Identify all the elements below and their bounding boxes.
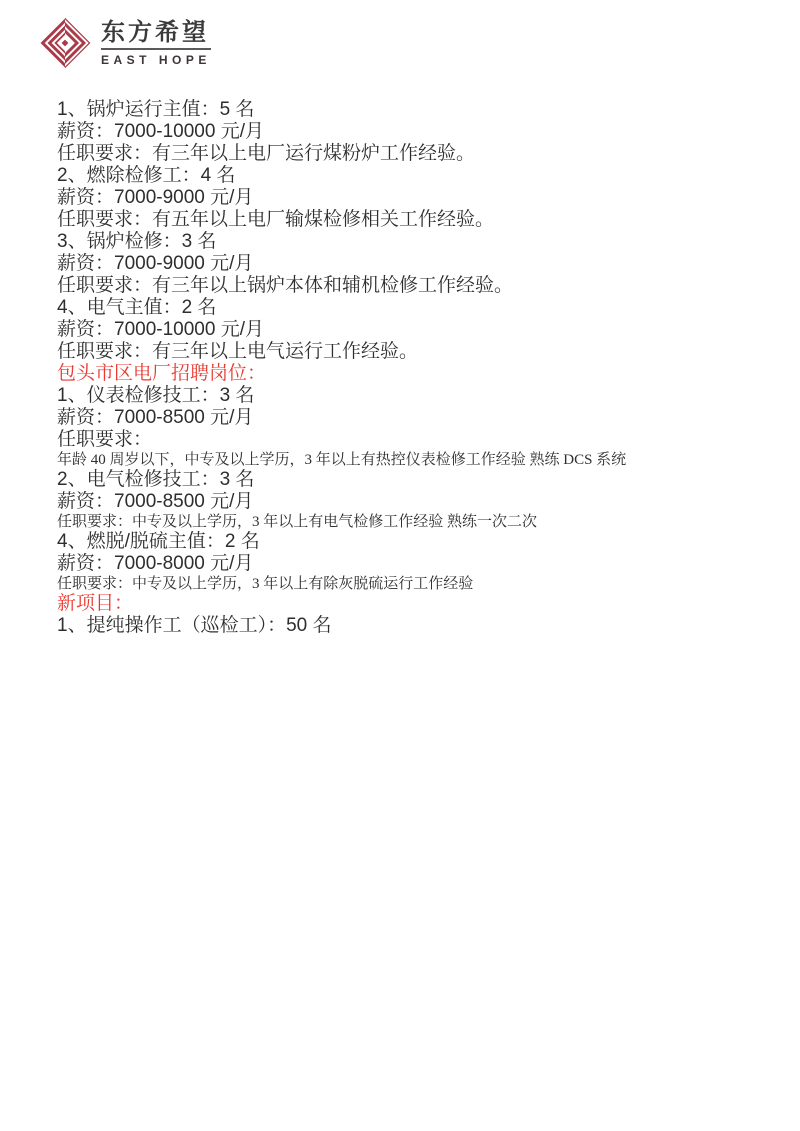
salary-line: 薪资：7000-10000 元/月 (57, 121, 757, 143)
logo-name-cn: 东方希望 (101, 20, 211, 50)
salary-line: 薪资：7000-9000 元/月 (57, 187, 757, 209)
job-title-line: 4、燃脱/脱硫主值：2 名 (57, 531, 757, 553)
requirement-line: 任职要求：有三年以上锅炉本体和辅机检修工作经验。 (57, 275, 757, 297)
requirement-detail-line: 任职要求：中专及以上学历，3 年以上有电气检修工作经验 熟练一次二次 (57, 513, 757, 531)
requirement-detail-line: 年龄 40 周岁以下，中专及以上学历，3 年以上有热控仪表检修工作经验 熟练 D… (57, 451, 757, 469)
section-heading-baotou: 包头市区电厂招聘岗位： (57, 363, 757, 385)
requirement-line: 任职要求：有五年以上电厂输煤检修相关工作经验。 (57, 209, 757, 231)
logo-name-en: EAST HOPE (101, 53, 211, 67)
salary-line: 薪资：7000-8500 元/月 (57, 407, 757, 429)
job-title-line: 1、仪表检修技工：3 名 (57, 385, 757, 407)
job-title-line: 1、提纯操作工（巡检工）：50 名 (57, 615, 757, 637)
requirement-line: 任职要求：有三年以上电厂运行煤粉炉工作经验。 (57, 143, 757, 165)
salary-line: 薪资：7000-9000 元/月 (57, 253, 757, 275)
job-title-line: 2、电气检修技工：3 名 (57, 469, 757, 491)
recruitment-document: 1、锅炉运行主值：5 名 薪资：7000-10000 元/月 任职要求：有三年以… (57, 99, 757, 637)
salary-line: 薪资：7000-8500 元/月 (57, 491, 757, 513)
salary-line: 薪资：7000-8000 元/月 (57, 553, 757, 575)
job-title-line: 3、锅炉检修：3 名 (57, 231, 757, 253)
salary-line: 薪资：7000-10000 元/月 (57, 319, 757, 341)
logo-text: 东方希望 EAST HOPE (101, 20, 211, 67)
requirement-line: 任职要求：有三年以上电气运行工作经验。 (57, 341, 757, 363)
job-title-line: 2、燃除检修工：4 名 (57, 165, 757, 187)
job-title-line: 1、锅炉运行主值：5 名 (57, 99, 757, 121)
document-page: 东方希望 EAST HOPE 1、锅炉运行主值：5 名 薪资：7000-1000… (0, 0, 800, 1131)
requirement-detail-line: 任职要求：中专及以上学历，3 年以上有除灰脱硫运行工作经验 (57, 575, 757, 593)
job-title-line: 4、电气主值：2 名 (57, 297, 757, 319)
east-hope-logo: 东方希望 EAST HOPE (38, 16, 211, 70)
section-heading-new-project: 新项目： (57, 593, 757, 615)
requirement-label: 任职要求： (57, 429, 757, 451)
east-hope-logo-icon (38, 16, 92, 70)
